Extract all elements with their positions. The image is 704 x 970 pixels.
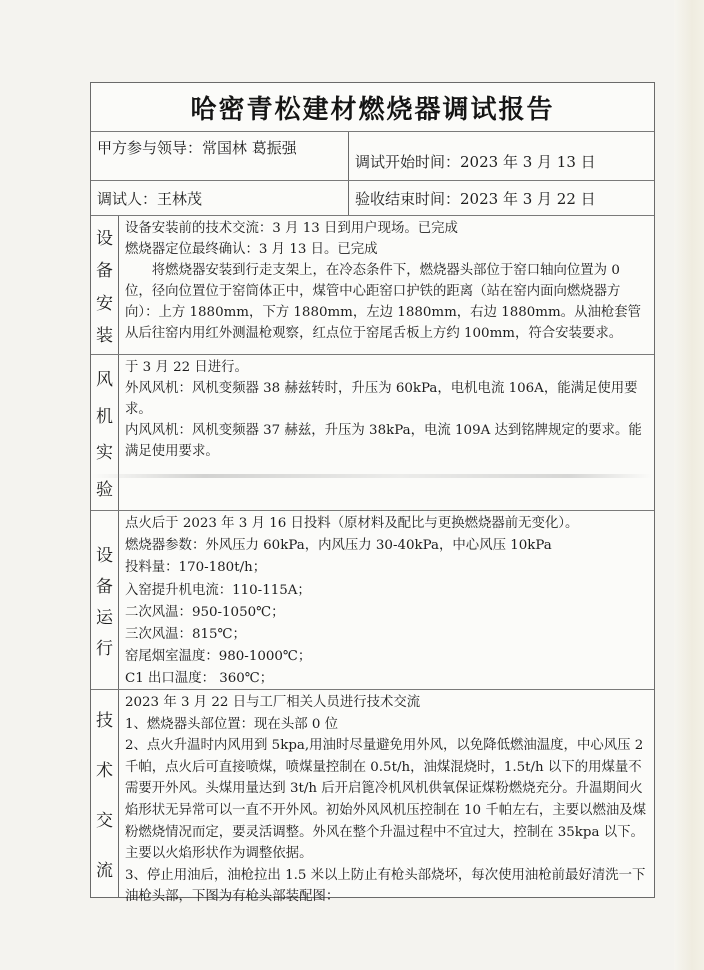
section-label: 风 机 实 验 bbox=[91, 355, 119, 510]
section-label: 设 备 运 行 bbox=[91, 511, 119, 689]
title-row: 哈密青松建材燃烧器调试报告 bbox=[91, 83, 654, 132]
label-char: 流 bbox=[96, 856, 113, 881]
section-equipment-operation: 设 备 运 行 点火后于 2023 年 3 月 16 日投料（原材料及配比与更换… bbox=[91, 511, 654, 690]
text-line: C1 出口温度： 360℃； bbox=[125, 668, 650, 690]
label-char: 备 bbox=[96, 572, 113, 597]
scan-fold-mark bbox=[92, 474, 652, 478]
label-char: 机 bbox=[96, 402, 113, 427]
text-line: 三次风温：815℃； bbox=[125, 624, 650, 646]
label-char: 验 bbox=[96, 475, 113, 500]
label-char: 技 bbox=[96, 706, 113, 731]
text-paragraph: 2、点火升温时内风用到 5kpa,用油时尽量避免用外风，以免降低燃油温度，中心风… bbox=[125, 735, 650, 865]
label-char: 设 bbox=[96, 224, 113, 249]
section-technical-exchange: 技 术 交 流 2023 年 3 月 22 日与工厂相关人员进行技术交流 1、燃… bbox=[91, 690, 654, 897]
tester: 调试人：王林茂 bbox=[91, 181, 349, 215]
info-row-leaders: 甲方参与领导：常国林 葛振强 调试开始时间：2023 年 3 月 13 日 bbox=[91, 132, 654, 181]
label-char: 装 bbox=[96, 321, 113, 346]
paper-edge-shadow bbox=[674, 0, 704, 970]
end-time: 验收结束时间：2023 年 3 月 22 日 bbox=[349, 181, 654, 215]
label-char: 实 bbox=[96, 438, 113, 463]
text-line: 二次风温：950-1050℃； bbox=[125, 602, 650, 624]
label-char: 备 bbox=[96, 256, 113, 281]
text-line: 点火后于 2023 年 3 月 16 日投料（原材料及配比与更换燃烧器前无变化）… bbox=[125, 513, 650, 535]
label-char: 风 bbox=[96, 365, 113, 390]
text-line: 1、燃烧器头部位置：现在头部 0 位 bbox=[125, 714, 650, 736]
text-line: 于 3 月 22 日进行。 bbox=[125, 357, 650, 378]
text-paragraph: 3、停止用油后，油枪拉出 1.5 米以上防止有枪头部烧坏，每次使用油枪前最好清洗… bbox=[125, 865, 650, 908]
text-line: 窑尾烟室温度：980-1000℃； bbox=[125, 646, 650, 668]
section-equipment-installation: 设 备 安 装 设备安装前的技术交流：3 月 13 日到用户现场。已完成 燃烧器… bbox=[91, 216, 654, 355]
label-char: 运 bbox=[96, 603, 113, 628]
section-body: 点火后于 2023 年 3 月 16 日投料（原材料及配比与更换燃烧器前无变化）… bbox=[119, 511, 654, 689]
section-body: 于 3 月 22 日进行。 外风风机：风机变频器 38 赫兹转时，升压为 60k… bbox=[119, 355, 654, 510]
start-time: 调试开始时间：2023 年 3 月 13 日 bbox=[349, 132, 654, 180]
debug-report-table: 哈密青松建材燃烧器调试报告 甲方参与领导：常国林 葛振强 调试开始时间：2023… bbox=[90, 82, 655, 898]
text-line: 入窑提升机电流：110-115A； bbox=[125, 580, 650, 602]
label-char: 行 bbox=[96, 634, 113, 659]
text-line: 设备安装前的技术交流：3 月 13 日到用户现场。已完成 bbox=[125, 218, 650, 239]
info-row-tester: 调试人：王林茂 验收结束时间：2023 年 3 月 22 日 bbox=[91, 181, 654, 216]
section-label: 设 备 安 装 bbox=[91, 216, 119, 354]
text-paragraph: 将燃烧器安装到行走支架上，在冷态条件下，燃烧器头部位于窑口轴向位置为 0 位，径… bbox=[125, 260, 650, 344]
report-title: 哈密青松建材燃烧器调试报告 bbox=[190, 89, 554, 126]
client-leaders: 甲方参与领导：常国林 葛振强 bbox=[91, 132, 349, 180]
label-char: 交 bbox=[96, 806, 113, 831]
section-fan-test: 风 机 实 验 于 3 月 22 日进行。 外风风机：风机变频器 38 赫兹转时… bbox=[91, 355, 654, 511]
section-label: 技 术 交 流 bbox=[91, 690, 119, 897]
text-line: 2023 年 3 月 22 日与工厂相关人员进行技术交流 bbox=[125, 692, 650, 714]
label-char: 安 bbox=[96, 289, 113, 314]
text-line: 外风风机：风机变频器 38 赫兹转时，升压为 60kPa，电机电流 106A，能… bbox=[125, 378, 650, 420]
section-body: 设备安装前的技术交流：3 月 13 日到用户现场。已完成 燃烧器定位最终确认：3… bbox=[119, 216, 654, 354]
section-body: 2023 年 3 月 22 日与工厂相关人员进行技术交流 1、燃烧器头部位置：现… bbox=[119, 690, 654, 897]
text-line: 投料量：170-180t/h； bbox=[125, 557, 650, 579]
text-line: 内风风机：风机变频器 37 赫兹，升压为 38kPa，电流 109A 达到铭牌规… bbox=[125, 420, 650, 462]
text-line: 燃烧器定位最终确认：3 月 13 日。已完成 bbox=[125, 239, 650, 260]
label-char: 设 bbox=[96, 541, 113, 566]
text-line: 燃烧器参数：外风压力 60kPa，内风压力 30-40kPa，中心风压 10kP… bbox=[125, 535, 650, 557]
label-char: 术 bbox=[96, 756, 113, 781]
